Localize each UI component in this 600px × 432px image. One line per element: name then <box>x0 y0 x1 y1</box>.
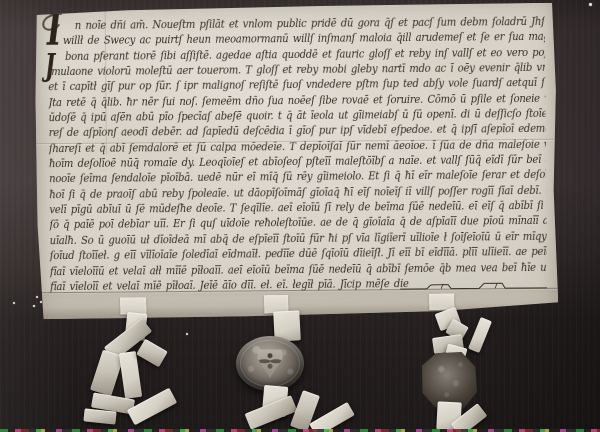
charter-parchment: I J n noīe dñi am̄. Noueſtm pſilāt et vn… <box>35 3 559 320</box>
dust-speck <box>33 305 35 307</box>
seal-shield-emblem-icon <box>256 347 284 378</box>
manuscript-text-block: n noīe dñi am̄. Noueſtm pſilāt et vnlom … <box>48 15 547 296</box>
seal-tag <box>468 317 492 353</box>
dust-speck <box>40 301 42 303</box>
dust-speck <box>36 296 38 298</box>
dust-speck <box>589 3 592 6</box>
octagonal-wax-seal-icon <box>422 352 477 409</box>
round-wax-seal-icon <box>236 336 304 391</box>
dust-speck <box>13 302 15 304</box>
dust-speck <box>186 333 188 335</box>
parchment-strip <box>83 408 116 424</box>
charter-photograph: I J n noīe dñi am̄. Noueſtm pſilāt et vn… <box>0 0 600 432</box>
parchment-strip <box>136 339 168 368</box>
parchment-strip <box>119 351 142 399</box>
